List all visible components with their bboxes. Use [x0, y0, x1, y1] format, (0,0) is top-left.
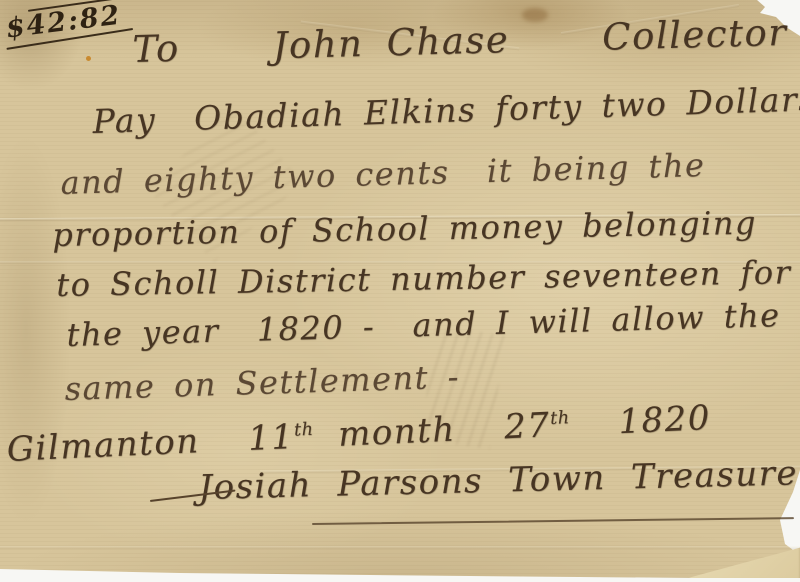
scanned-document: $42:82 To John Chase Collector Pay Obadi… — [0, 0, 800, 582]
dateline-year: 1820 — [569, 398, 712, 444]
paper-fleck — [86, 56, 91, 61]
dateline-superscript: th — [294, 420, 314, 441]
dateline-superscript: th — [550, 408, 570, 429]
